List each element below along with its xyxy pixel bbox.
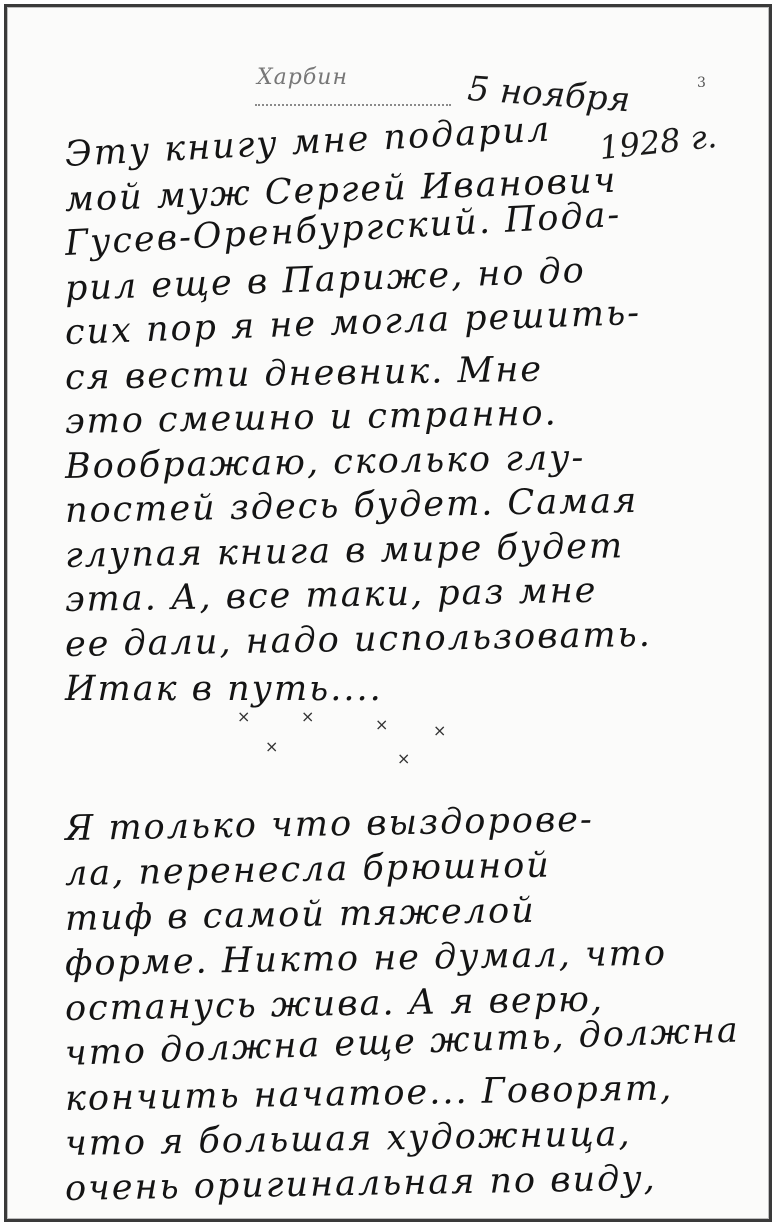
handwritten-line: очень оригинальная по виду, [65,1159,657,1209]
handwritten-line: что я большая художница, [65,1114,632,1164]
handwritten-line: постей здесь будет. Самая [65,481,639,531]
handwritten-line: форме. Никто не думал, что [65,933,668,984]
handwritten-line: глупая книга в мире будет [65,526,625,576]
header-underline [255,104,451,106]
section-separator: × × × × × × [237,707,437,777]
diary-page: Харбин 5 ноября 1928 г. 3 Эту книгу мне … [4,4,772,1222]
handwritten-line: эта. А, все таки, раз мне [65,571,598,620]
separator-cross: × [237,707,250,726]
separator-cross: × [301,707,314,726]
separator-cross: × [433,721,446,740]
header-year: 1928 г. [597,117,718,167]
header-place: Харбин [257,65,348,90]
handwritten-line: Я только что выздорове- [65,800,594,849]
handwritten-line: кончить начатое... Говорят, [65,1068,674,1119]
separator-cross: × [397,749,410,768]
handwritten-line: ее дали, надо использовать. [65,614,652,664]
handwritten-line: ла, перенесла брюшной [65,846,551,894]
separator-cross: × [375,715,388,734]
handwritten-line: Воображаю, сколько глу- [65,437,586,486]
handwritten-line: это смешно и странно. [65,393,558,442]
page-mark: 3 [697,75,706,91]
handwritten-line: тиф в самой тяжелой [65,891,536,939]
handwritten-line: Итак в путь.... [65,669,383,709]
separator-cross: × [265,737,278,756]
handwritten-line: ся вести дневник. Мне [65,349,544,397]
